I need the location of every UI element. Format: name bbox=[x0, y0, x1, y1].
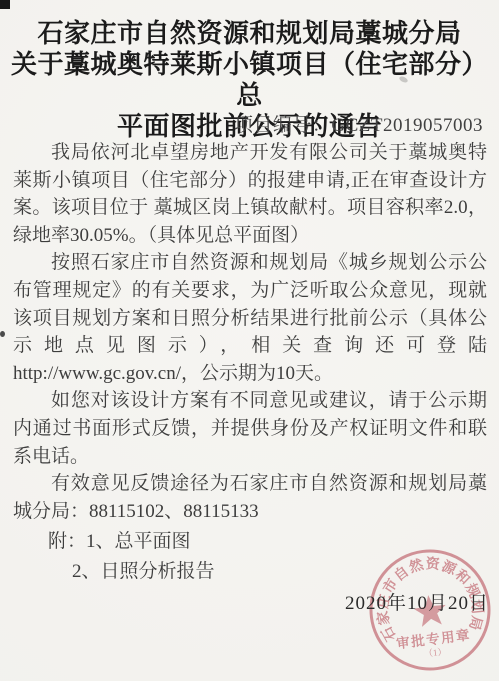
project-number-value: GCZT2019057003 bbox=[331, 115, 483, 136]
scan-artifact-corner bbox=[0, 0, 10, 9]
issue-date: 2020年10月20日 bbox=[345, 588, 489, 615]
project-number: 项目编号：GCZT2019057003 bbox=[234, 110, 483, 137]
attachments-label: 附： bbox=[48, 531, 86, 552]
notice-paragraphs: 我局依河北卓望房地产开发有限公司关于藁城奥特莱斯小镇项目（住宅部分）的报建申请,… bbox=[13, 139, 487, 525]
title-line-2: 关于藁城奥特莱斯小镇项目（住宅部分）总 bbox=[0, 49, 499, 111]
body-paragraph: 按照石家庄市自然资源和规划局《城乡规划公示公布管理规定》的有关要求，为广泛听取公… bbox=[13, 249, 487, 387]
body-paragraph: 我局依河北卓望房地产开发有限公司关于藁城奥特莱斯小镇项目（住宅部分）的报建申请,… bbox=[13, 139, 487, 249]
notice-document: 石家庄市自然资源和规划局藁城分局 关于藁城奥特莱斯小镇项目（住宅部分）总 平面图… bbox=[0, 0, 499, 681]
body-paragraph: 有效意见反馈途径为石家庄市自然资源和规划局藁城分局：88115102、88115… bbox=[13, 470, 487, 525]
scan-artifact-dot bbox=[0, 331, 5, 337]
seal-ring-char: 资 bbox=[425, 555, 441, 573]
project-number-label: 项目编号： bbox=[234, 115, 332, 136]
notice-body: 我局依河北卓望房地产开发有限公司关于藁城奥特莱斯小镇项目（住宅部分）的报建申请,… bbox=[13, 139, 487, 586]
title-line-1: 石家庄市自然资源和规划局藁城分局 bbox=[0, 18, 499, 49]
attachment-item-1: 1、总平面图 bbox=[86, 531, 191, 552]
seal-number: （1） bbox=[423, 646, 447, 659]
body-paragraph: 如您对该设计方案有不同意见或建议，请于公示期内通过书面形式反馈，并提供身份及产权… bbox=[13, 387, 487, 470]
seal-ring-char: 然 bbox=[407, 556, 426, 577]
